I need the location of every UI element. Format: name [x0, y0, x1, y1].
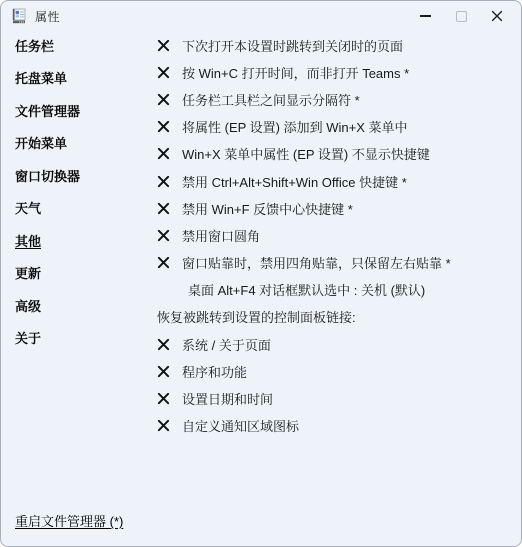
setting-row[interactable]: 设置日期和时间 — [151, 385, 521, 412]
cross-icon — [157, 174, 174, 188]
section-label: 恢复被跳转到设置的控制面板链接: — [151, 303, 521, 330]
sidebar-item[interactable]: 开始菜单 — [1, 127, 151, 160]
cross-icon — [157, 201, 174, 215]
section-sidebar: 任务栏托盘菜单文件管理器开始菜单窗口切换器天气其他更新高级关于 — [1, 29, 151, 354]
setting-label: 将属性 (EP 设置) 添加到 Win+X 菜单中 — [182, 117, 407, 136]
sidebar-item[interactable]: 更新 — [1, 257, 151, 290]
cross-icon — [157, 337, 174, 351]
setting-label: 桌面 Alt+F4 对话框默认选中 : 关机 (默认) — [188, 280, 425, 299]
cross-icon — [157, 38, 174, 52]
sidebar-item[interactable]: 天气 — [1, 192, 151, 225]
cross-icon — [157, 364, 174, 378]
window-controls — [407, 1, 521, 31]
sidebar-item[interactable]: 窗口切换器 — [1, 159, 151, 192]
cross-icon — [157, 419, 174, 433]
setting-label: 下次打开本设置时跳转到关闭时的页面 — [182, 36, 403, 55]
setting-row[interactable]: 自定义通知区域图标 — [151, 412, 521, 439]
setting-label: 程序和功能 — [182, 362, 247, 381]
setting-row[interactable]: 按 Win+C 打开时间，而非打开 Teams * — [151, 59, 521, 86]
window-title: 属性 — [35, 8, 60, 25]
setting-label: 设置日期和时间 — [182, 389, 273, 408]
window-titlebar[interactable]: 属性 — [1, 1, 521, 31]
cross-icon — [157, 92, 174, 106]
setting-label: Win+X 菜单中属性 (EP 设置) 不显示快捷键 — [182, 144, 430, 163]
setting-row[interactable]: 下次打开本设置时跳转到关闭时的页面 — [151, 32, 521, 59]
settings-list: 下次打开本设置时跳转到关闭时的页面按 Win+C 打开时间，而非打开 Teams… — [151, 32, 521, 440]
setting-row[interactable]: Win+X 菜单中属性 (EP 设置) 不显示快捷键 — [151, 140, 521, 167]
setting-row[interactable]: 禁用 Win+F 反馈中心快捷键 * — [151, 195, 521, 222]
setting-row[interactable]: 窗口贴靠时，禁用四角贴靠，只保留左右贴靠 * — [151, 249, 521, 276]
cross-icon — [157, 228, 174, 242]
cross-icon — [157, 392, 174, 406]
setting-label: 禁用 Win+F 反馈中心快捷键 * — [182, 199, 353, 218]
sidebar-item[interactable]: 托盘菜单 — [1, 62, 151, 95]
close-button[interactable] — [479, 1, 515, 31]
restart-explorer-link[interactable]: 重启文件管理器 (*) — [15, 511, 123, 530]
setting-row[interactable]: 桌面 Alt+F4 对话框默认选中 : 关机 (默认) — [151, 276, 521, 303]
setting-label: 系统 / 关于页面 — [182, 335, 271, 354]
setting-label: 恢复被跳转到设置的控制面板链接: — [157, 307, 356, 326]
sidebar-item[interactable]: 其他 — [1, 224, 151, 257]
setting-row[interactable]: 任务栏工具栏之间显示分隔符 * — [151, 86, 521, 113]
setting-label: 按 Win+C 打开时间，而非打开 Teams * — [182, 63, 409, 82]
setting-label: 自定义通知区域图标 — [182, 416, 299, 435]
setting-row[interactable]: 禁用窗口圆角 — [151, 222, 521, 249]
minimize-icon — [420, 15, 431, 17]
cross-icon — [157, 147, 174, 161]
setting-row[interactable]: 将属性 (EP 设置) 添加到 Win+X 菜单中 — [151, 113, 521, 140]
setting-label: 禁用 Ctrl+Alt+Shift+Win Office 快捷键 * — [182, 172, 407, 191]
app-icon — [11, 8, 27, 24]
maximize-icon — [456, 11, 467, 22]
close-icon — [491, 10, 503, 22]
window-body: 任务栏托盘菜单文件管理器开始菜单窗口切换器天气其他更新高级关于 下次打开本设置时… — [1, 31, 521, 439]
sidebar-item[interactable]: 高级 — [1, 289, 151, 322]
setting-row[interactable]: 系统 / 关于页面 — [151, 331, 521, 358]
maximize-button[interactable] — [443, 1, 479, 31]
setting-row[interactable]: 程序和功能 — [151, 358, 521, 385]
properties-window: 属性 任务栏托盘菜单文件管理器开始菜单窗口切换器天气其他更新高级关于 下次打开本… — [0, 0, 522, 547]
setting-label: 窗口贴靠时，禁用四角贴靠，只保留左右贴靠 * — [182, 253, 451, 272]
sidebar-item[interactable]: 任务栏 — [1, 29, 151, 62]
setting-label: 任务栏工具栏之间显示分隔符 * — [182, 90, 360, 109]
cross-icon — [157, 120, 174, 134]
setting-label: 禁用窗口圆角 — [182, 226, 260, 245]
sidebar-item[interactable]: 文件管理器 — [1, 94, 151, 127]
minimize-button[interactable] — [407, 1, 443, 31]
sidebar-item[interactable]: 关于 — [1, 322, 151, 355]
cross-icon — [157, 256, 174, 270]
cross-icon — [157, 65, 174, 79]
setting-row[interactable]: 禁用 Ctrl+Alt+Shift+Win Office 快捷键 * — [151, 167, 521, 194]
